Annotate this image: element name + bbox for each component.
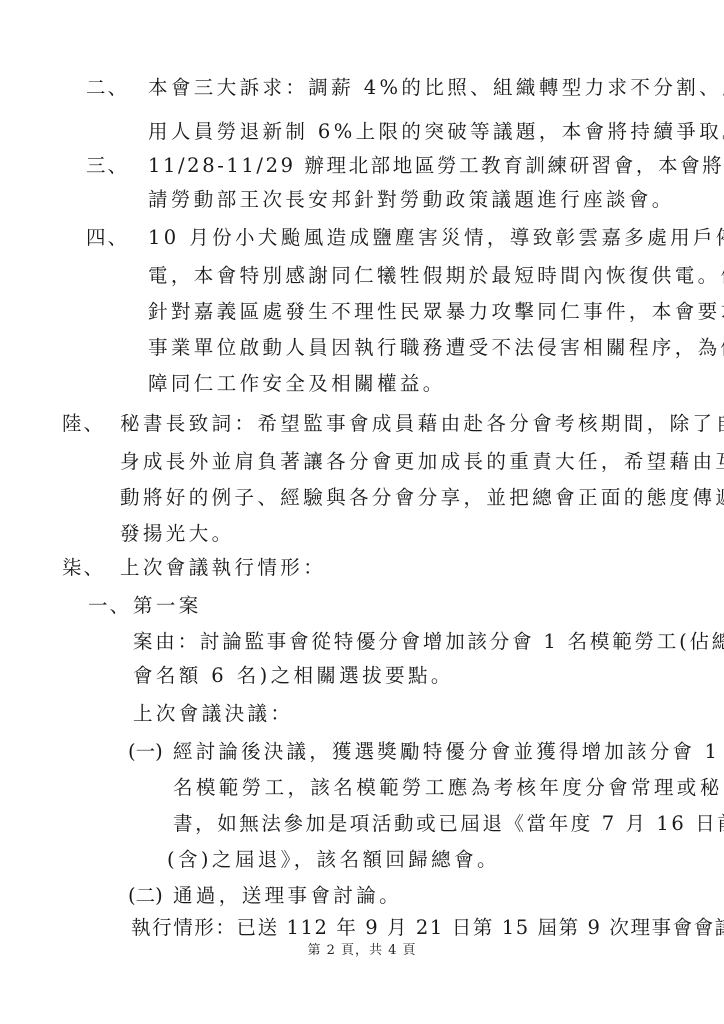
section-text-line: 身成長外並肩負著讓各分會更加成長的重責大任，希望藉由互 (120, 450, 724, 474)
item-text-line: 用人員勞退新制 6%上限的突破等議題，本會將持續爭取。 (148, 120, 724, 144)
resolution-line: 經討論後決議，獲選獎勵特優分會並獲得增加該分會 1 (173, 740, 720, 764)
item-marker: 四、 (86, 226, 129, 250)
case-marker: 一、 (88, 594, 131, 618)
item-text-line: 事業單位啟動人員因執行職務遭受不法侵害相關程序，為保 (148, 336, 724, 360)
case-title: 第一案 (133, 594, 202, 618)
resolution-line: 名模範勞工，該名模範勞工應為考核年度分會常理或秘 (173, 776, 723, 800)
resolution-title: 上次會議決議： (133, 702, 293, 726)
item-text-line: 11/28-11/29 辦理北部地區勞工教育訓練研習會，本會將邀 (148, 154, 724, 178)
section-marker: 柒、 (62, 556, 105, 580)
case-reason-line: 會名額 6 名)之相關選拔要點。 (133, 664, 454, 688)
item-text-line: 本會三大訴求：調薪 4%的比照、組織轉型力求不分割、雇 (148, 76, 724, 100)
resolution-marker: (一) (128, 740, 163, 764)
item-marker: 三、 (86, 154, 129, 178)
item-text-line: 10 月份小犬颱風造成鹽塵害災情，導致彰雲嘉多處用戶停 (148, 226, 724, 250)
page-number-footer: 第 2 頁，共 4 頁 (0, 943, 724, 959)
item-text-line: 針對嘉義區處發生不理性民眾暴力攻擊同仁事件，本會要求 (148, 300, 724, 324)
item-text-line: 電，本會特別感謝同仁犧牲假期於最短時間內恢復供電。但 (148, 264, 724, 288)
resolution-line: 通過，送理事會討論。 (173, 884, 402, 908)
section-marker: 陸、 (62, 412, 105, 436)
execution-status-line: 執行情形：已送 112 年 9 月 21 日第 15 屆第 9 次理事會會議討 (131, 916, 724, 940)
resolution-line: 書，如無法參加是項活動或已屆退《當年度 7 月 16 日前 (173, 812, 724, 836)
document-page: 二、 本會三大訴求：調薪 4%的比照、組織轉型力求不分割、雇 用人員勞退新制 6… (0, 0, 724, 1024)
item-text-line: 障同仁工作安全及相關權益。 (148, 372, 446, 396)
section-title: 上次會議執行情形： (120, 556, 326, 580)
resolution-line: (含)之屆退》，該名額回歸總會。 (167, 848, 500, 872)
section-text-line: 發揚光大。 (120, 522, 235, 546)
case-reason-line: 案由：討論監事會從特優分會增加該分會 1 名模範勞工(佔總 (133, 630, 724, 654)
item-marker: 二、 (86, 76, 129, 100)
resolution-marker: (二) (128, 884, 163, 908)
section-text-line: 秘書長致詞：希望監事會成員藉由赴各分會考核期間，除了自 (120, 412, 724, 436)
section-text-line: 動將好的例子、經驗與各分會分享，並把總會正面的態度傳遞 (120, 486, 724, 510)
item-text-line: 請勞動部王次長安邦針對勞動政策議題進行座談會。 (148, 188, 675, 212)
